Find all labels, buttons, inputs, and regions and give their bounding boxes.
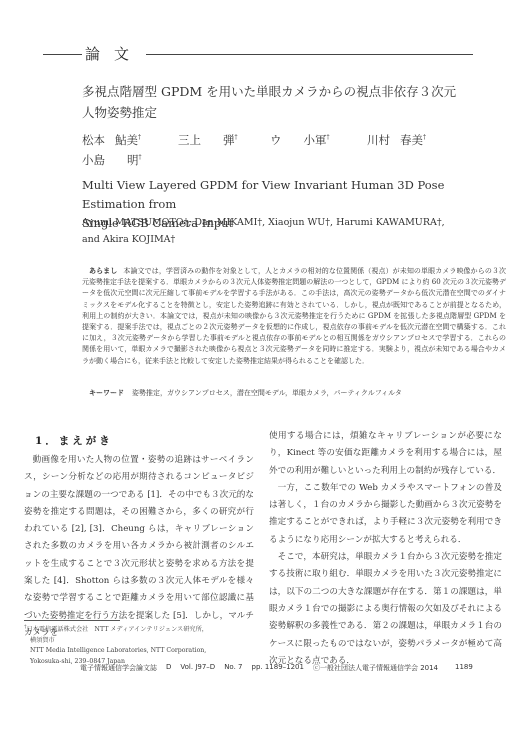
title-english-line1: Multi View Layered GPDM for View Invaria…	[82, 176, 482, 214]
body-paragraph: 動画像を用いた人物の位置・姿勢の追跡はサーベイランス，シーン分析などの応用が期待…	[24, 452, 254, 642]
authors-english-line2: and Akira KOJIMA†	[82, 231, 482, 248]
author-kojima: 小島明†	[82, 148, 142, 168]
journal-name: 電子情報通信学会論文誌	[80, 663, 157, 673]
authors-english: Ayumi MATSUMOTO†, Dan MIKAMI†, Xiaojun W…	[82, 214, 482, 248]
affiliation-mark: †	[235, 134, 238, 141]
author-given-name: 明	[127, 153, 139, 167]
page-number: 1189	[455, 663, 473, 673]
journal-volume: Vol. J97–D	[180, 663, 215, 673]
abstract-text: 本論文では，学習済みの動作を対象として，人とカメラの相対的な位置関係（視点）が未…	[82, 267, 506, 365]
abstract: あらまし本論文では，学習済みの動作を対象として，人とカメラの相対的な位置関係（視…	[82, 265, 506, 367]
page-range: pp. 1189–1201	[252, 663, 304, 673]
author-given-name: 小軍	[304, 133, 327, 147]
body-column-right: 使用する場合には，煩雑なキャリブレーションが必要になり，Kinect 等の安価な…	[269, 428, 502, 670]
abstract-label: あらまし	[89, 266, 117, 275]
affiliation-mark: †	[139, 154, 142, 161]
page-footer: 電子情報通信学会論文誌 D Vol. J97–D No. 7 pp. 1189–…	[80, 663, 500, 673]
body-paragraph: 一方，ここ数年での Web カメラやスマートフォンの普及は著しく，１台のカメラか…	[269, 480, 502, 549]
journal-number: No. 7	[224, 663, 242, 673]
footnote-rule	[24, 620, 120, 621]
author-surname: 三上	[178, 133, 201, 147]
affiliation-mark: †	[423, 134, 426, 141]
author-surname: 小島	[82, 153, 105, 167]
body-paragraph: 使用する場合には，煩雑なキャリブレーションが必要になり，Kinect 等の安価な…	[269, 428, 502, 480]
body-column-left: 動画像を用いた人物の位置・姿勢の追跡はサーベイランス，シーン分析などの応用が期待…	[24, 452, 254, 642]
title-japanese-line1: 多視点階層型 GPDM を用いた単眼カメラからの視点非依存３次元	[82, 81, 482, 102]
author-kawamura: 川村春美†	[367, 128, 426, 148]
title-japanese: 多視点階層型 GPDM を用いた単眼カメラからの視点非依存３次元 人物姿勢推定	[82, 81, 482, 123]
footnote-affiliation: †日本電信電話株式会社 NTT メディアインテリジェンス研究所， 横須賀市 NT…	[24, 622, 256, 667]
author-given-name: 弾	[223, 133, 235, 147]
author-surname: 松本	[82, 133, 105, 147]
copyright: ⓒ一般社団法人電子情報通信学会 2014	[313, 663, 438, 673]
footnote-line: NTT Media Intelligence Laboratories, NTT…	[24, 646, 256, 657]
author-given-name: 春美	[400, 133, 423, 147]
journal-section: D	[166, 663, 171, 673]
authors-japanese-row1: 松本鮎美† 三上弾† ウ小軍† 川村春美†	[82, 128, 482, 148]
author-surname: ウ	[270, 133, 282, 147]
affiliation-mark: †	[138, 134, 141, 141]
keywords-label: キーワード	[89, 388, 124, 397]
article-type-label: 論文	[82, 44, 146, 64]
author-mikami: 三上弾†	[178, 128, 270, 148]
authors-japanese-row2: 小島明†	[82, 148, 482, 168]
footnote-line: 横須賀市	[24, 636, 256, 647]
author-surname: 川村	[367, 133, 390, 147]
authors-english-line1: Ayumi MATSUMOTO†, Dan MIKAMI†, Xiaojun W…	[82, 214, 482, 231]
body-paragraph: そこで，本研究は，単眼カメラ１台から３次元姿勢を推定する技術に取り組む．単眼カメ…	[269, 549, 502, 670]
author-wu: ウ小軍†	[270, 128, 367, 148]
section-heading-introduction: 1．まえがき	[35, 433, 113, 448]
affiliation-mark: †	[327, 134, 330, 141]
title-japanese-line2: 人物姿勢推定	[82, 102, 482, 123]
footnote-line: 日本電信電話株式会社 NTT メディアインテリジェンス研究所，	[27, 626, 208, 633]
author-matsumoto: 松本鮎美†	[82, 128, 178, 148]
keywords-text: 姿勢推定，ガウシアンプロセス，潜在空間モデル，単眼カメラ，パーティクルフィルタ	[132, 389, 402, 397]
keywords: キーワード姿勢推定，ガウシアンプロセス，潜在空間モデル，単眼カメラ，パーティクル…	[82, 387, 506, 399]
authors-japanese: 松本鮎美† 三上弾† ウ小軍† 川村春美† 小島明†	[82, 128, 482, 168]
author-given-name: 鮎美	[115, 133, 138, 147]
